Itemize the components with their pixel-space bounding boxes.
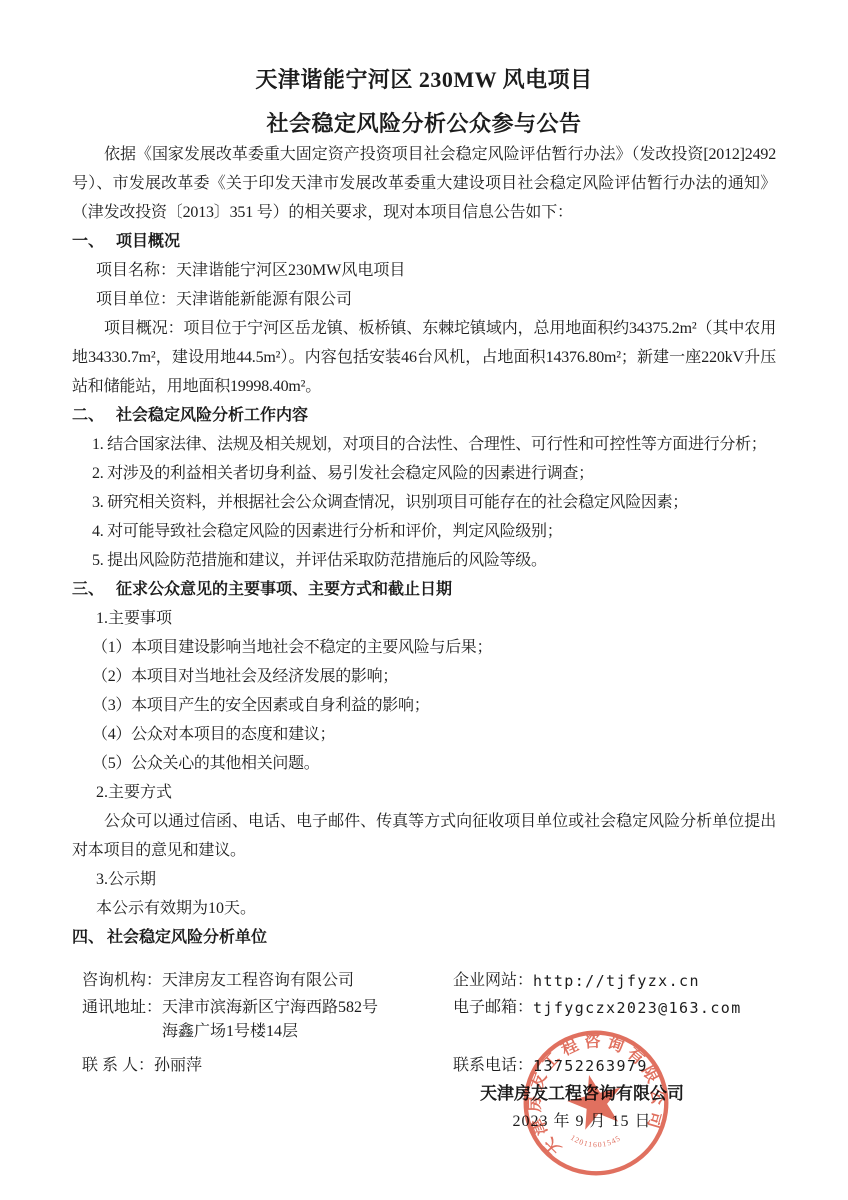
sub2-title: 2.主要方式 <box>72 778 776 807</box>
work-item-3: 3. 研究相关资料，并根据社会公众调查情况，识别项目可能存在的社会稳定风险因素； <box>72 488 776 517</box>
work-item-1: 1. 结合国家法律、法规及相关规划，对项目的合法性、合理性、可行性和可控性等方面… <box>72 430 776 459</box>
consulting-org-label: 咨询机构： <box>82 966 162 996</box>
doc-title-line2: 社会稳定风险分析公众参与公告 <box>72 108 776 140</box>
work-item-5: 5. 提出风险防范措施和建议，并评估采取防范措施后的风险等级。 <box>72 546 776 575</box>
opinion-item-2: （2）本项目对当地社会及经济发展的影响； <box>72 662 776 691</box>
sub1-title: 1.主要事项 <box>72 604 776 633</box>
section-2-title: 社会稳定风险分析工作内容 <box>116 407 308 424</box>
section-1-number: 一、 <box>72 233 104 250</box>
document-body: 天津谐能宁河区 230MW 风电项目 社会稳定风险分析公众参与公告 依据《国家发… <box>0 0 848 952</box>
email-label: 电子邮箱： <box>453 996 533 1020</box>
section-3-heading: 三、征求公众意见的主要事项、主要方式和截止日期 <box>72 575 776 604</box>
contact-row-consulting-org: 咨询机构：天津房友工程咨询有限公司 <box>82 966 412 996</box>
section-4-title: 社会稳定风险分析单位 <box>107 929 267 946</box>
contact-row-address: 通讯地址： 天津市滨海新区宁海西路582号 海鑫广场1号楼14层 <box>82 996 412 1044</box>
sub2-paragraph: 公众可以通过信函、电话、电子邮件、传真等方式向征收项目单位或社会稳定风险分析单位… <box>72 807 776 865</box>
contact-person-label: 联 系 人： <box>82 1051 154 1081</box>
signature-date: 2023 年 9 月 15 日 <box>442 1108 722 1136</box>
phone-value: 13752263979 <box>533 1051 648 1081</box>
opinion-item-4: （4）公众对本项目的态度和建议； <box>72 720 776 749</box>
section-2-heading: 二、社会稳定风险分析工作内容 <box>72 401 776 430</box>
doc-title-line1: 天津谐能宁河区 230MW 风电项目 <box>72 64 776 96</box>
sub3-title: 3.公示期 <box>72 865 776 894</box>
opinion-item-3: （3）本项目产生的安全因素或自身利益的影响； <box>72 691 776 720</box>
project-unit-line: 项目单位：天津谐能新能源有限公司 <box>72 285 776 314</box>
contact-row-phone: 联系电话：13752263979 <box>453 1051 783 1081</box>
email-value[interactable]: tjfygczx2023@163.com <box>533 996 742 1020</box>
intro-paragraph: 依据《国家发展改革委重大固定资产投资项目社会稳定风险评估暂行办法》（发改投资[2… <box>72 140 776 227</box>
document-page: 天津谐能宁河区 230MW 风电项目 社会稳定风险分析公众参与公告 依据《国家发… <box>0 0 848 1200</box>
opinion-item-5: （5）公众关心的其他相关问题。 <box>72 749 776 778</box>
address-line1: 天津市滨海新区宁海西路582号 <box>162 996 378 1020</box>
contact-row-email: 电子邮箱：tjfygczx2023@163.com <box>453 996 783 1044</box>
section-1-title: 项目概况 <box>116 233 180 250</box>
address-line2: 海鑫广场1号楼14层 <box>162 1020 378 1044</box>
project-overview-paragraph: 项目概况：项目位于宁河区岳龙镇、板桥镇、东棘坨镇域内，总用地面积约34375.2… <box>72 314 776 401</box>
consulting-org-value: 天津房友工程咨询有限公司 <box>162 966 354 996</box>
section-2-number: 二、 <box>72 407 104 424</box>
signature-block: 天津房友工程咨询有限公司 2023 年 9 月 15 日 <box>442 1080 722 1136</box>
section-1-heading: 一、项目概况 <box>72 227 776 256</box>
signature-company: 天津房友工程咨询有限公司 <box>442 1080 722 1108</box>
sub3-paragraph: 本公示有效期为10天。 <box>72 894 776 923</box>
website-value[interactable]: http://tjfyzx.cn <box>533 966 700 996</box>
work-item-4: 4. 对可能导致社会稳定风险的因素进行分析和评价，判定风险级别； <box>72 517 776 546</box>
work-item-2: 2. 对涉及的利益相关者切身利益、易引发社会稳定风险的因素进行调查； <box>72 459 776 488</box>
section-4-number: 四、 <box>72 929 104 946</box>
contact-row-website: 企业网站：http://tjfyzx.cn <box>453 966 783 996</box>
contact-block-right: 企业网站：http://tjfyzx.cn 电子邮箱：tjfygczx2023@… <box>453 966 783 1081</box>
contact-person-value: 孙丽萍 <box>154 1051 202 1081</box>
contact-row-contact-person: 联 系 人：孙丽萍 <box>82 1051 412 1081</box>
project-name-line: 项目名称：天津谐能宁河区230MW风电项目 <box>72 256 776 285</box>
website-label: 企业网站： <box>453 966 533 996</box>
address-value: 天津市滨海新区宁海西路582号 海鑫广场1号楼14层 <box>162 996 378 1044</box>
opinion-item-1: （1）本项目建设影响当地社会不稳定的主要风险与后果； <box>72 633 776 662</box>
section-4-heading: 四、社会稳定风险分析单位 <box>72 923 776 952</box>
address-label: 通讯地址： <box>82 996 162 1020</box>
section-3-number: 三、 <box>72 581 104 598</box>
section-3-title: 征求公众意见的主要事项、主要方式和截止日期 <box>116 581 452 598</box>
contact-block-left: 咨询机构：天津房友工程咨询有限公司 通讯地址： 天津市滨海新区宁海西路582号 … <box>82 966 412 1081</box>
phone-label: 联系电话： <box>453 1051 533 1081</box>
